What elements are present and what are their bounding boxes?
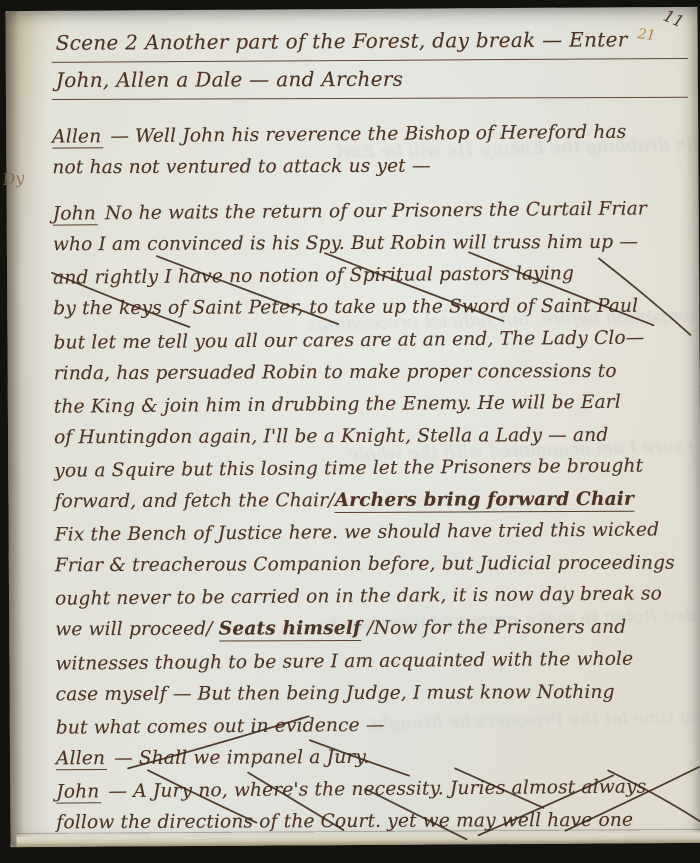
margin-note: Dy — [1, 168, 25, 189]
dialogue-text: No he waits the return of our Prisoners … — [105, 199, 647, 225]
dialogue-line: you a Squire but this losing time let th… — [54, 450, 690, 488]
dialogue-line: forward, and fetch the Chair/Archers bri… — [54, 484, 690, 519]
dialogue-line: but what comes out in evidence — — [56, 707, 692, 745]
scene-heading-cast-line: John, Allen a Dale — and Archers — [52, 64, 688, 100]
dialogue-text: forward, and fetch the Chair/ — [54, 490, 334, 512]
dialogue-line-struck: by the keys of Saint Peter, to take up t… — [53, 291, 689, 326]
dialogue-line: rinda, has persuaded Robin to make prope… — [54, 355, 690, 390]
dialogue-line-struck: Allen— Shall we impanel a Jury. — [56, 740, 692, 775]
dialogue-line: case myself — But then being Judge, I mu… — [56, 676, 692, 711]
speaker-name: Allen — [52, 126, 103, 148]
dialogue-line: not has not ventured to attack us yet — — [52, 150, 688, 185]
dialogue-text: — Shall we impanel a Jury. — [114, 747, 370, 769]
dialogue-text: we will proceed/ — [55, 619, 219, 641]
dialogue-line-struck: John— A Jury no, where's the necessity. … — [56, 771, 692, 809]
speaker-name: Allen — [56, 748, 107, 770]
dialogue-line: witnesses though to be sure I am acquain… — [55, 643, 691, 681]
speaker-name: John — [53, 203, 98, 225]
dialogue-text: /Now for the Prisoners and — [361, 617, 626, 639]
dialogue-line: Fix the Bench of Justice here. we should… — [55, 514, 691, 552]
stage-direction: Seats himself — [219, 618, 362, 642]
dialogue-line: who I am convinced is his Spy. But Robin… — [53, 227, 689, 262]
dialogue-text: — A Jury no, where's the necessity. Juri… — [108, 776, 646, 802]
scene-heading-line: Scene 2 Another part of the Forest, day … — [52, 25, 688, 63]
dialogue-line: JohnNo he waits the return of our Prison… — [53, 193, 689, 231]
dialogue-line-struck: follow the directions of the Court. yet … — [56, 804, 692, 839]
page-number-pencil: 21 — [637, 26, 657, 44]
speaker-name: John — [56, 781, 101, 803]
manuscript-page: the King & join him in drubbing the Enem… — [5, 7, 700, 847]
dialogue-block: Allen— Well John his reverence the Bisho… — [52, 117, 692, 840]
dialogue-line: but let me tell you all our cares are at… — [53, 322, 689, 360]
dialogue-line: ought never to be carried on in the dark… — [55, 578, 691, 616]
stage-direction: Archers bring forward Chair — [335, 489, 634, 513]
handwriting-layer: Scene 2 Another part of the Forest, day … — [5, 7, 700, 847]
dialogue-line: Allen— Well John his reverence the Bisho… — [52, 116, 688, 154]
dialogue-line-struck: and rightly I have no notion of Spiritua… — [53, 257, 689, 295]
dialogue-line: the King & join him in drubbing the Enem… — [54, 386, 690, 424]
dialogue-line: we will proceed/ Seats himself /Now for … — [55, 612, 691, 647]
dialogue-line: of Huntingdon again, I'll be a Knight, S… — [54, 419, 690, 454]
dialogue-line: Friar & treacherous Companion before, bu… — [55, 548, 691, 583]
dialogue-text: — Well John his reverence the Bishop of … — [110, 122, 626, 148]
